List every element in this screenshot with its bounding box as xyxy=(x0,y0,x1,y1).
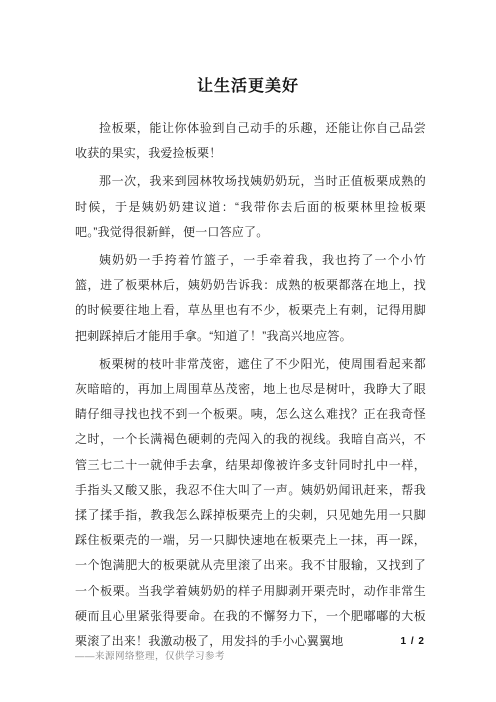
body-paragraph: 板栗树的枝叶非常茂密，遮住了不少阳光，使周围看起来都灰暗暗的，再加上周围草丛茂密… xyxy=(75,352,426,654)
document-page: 让生活更美好 捡板栗，能让你体验到自己动手的乐趣，还能让你自己品尝收获的果实，我… xyxy=(0,0,496,702)
document-body: 捡板栗，能让你体验到自己动手的乐趣，还能让你自己品尝收获的果实，我爱捡板栗！ 那… xyxy=(75,116,426,654)
page-title: 让生活更美好 xyxy=(0,0,496,96)
body-paragraph: 捡板栗，能让你体验到自己动手的乐趣，还能让你自己品尝收获的果实，我爱捡板栗！ xyxy=(75,116,426,166)
body-paragraph: 那一次，我来到园林牧场找姨奶奶玩，当时正值板栗成熟的时候，于是姨奶奶建议道：“我… xyxy=(75,169,426,245)
page-number: 1 / 2 xyxy=(401,636,425,647)
body-paragraph: 姨奶奶一手挎着竹篮子，一手牵着我，我也挎了一个小竹篮，进了板栗林后，姨奶奶告诉我… xyxy=(75,248,426,349)
source-footer: ——来源网络整理，仅供学习参考 xyxy=(75,648,225,662)
